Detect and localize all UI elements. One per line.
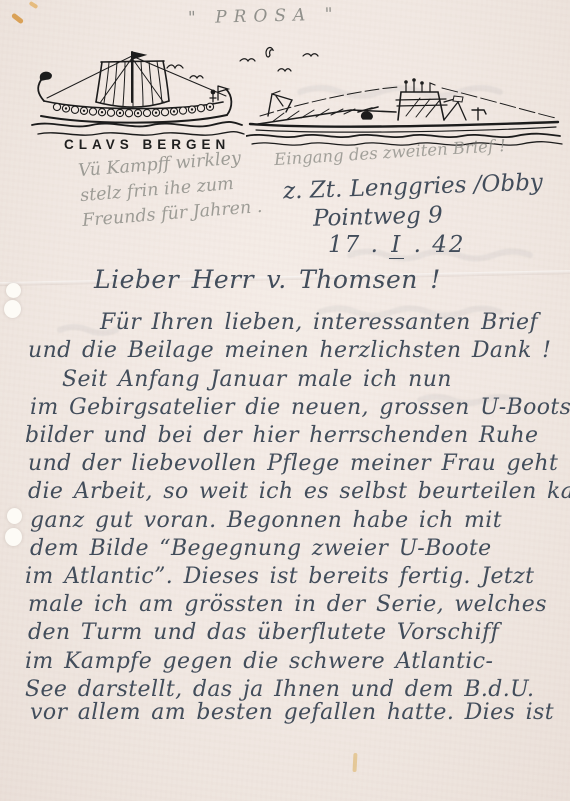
body-line: bilder und bei der hier herrschenden Ruh… bbox=[25, 423, 538, 448]
body-line: See darstellt, das ja Ihnen und dem B.d.… bbox=[25, 677, 534, 702]
pencil-title: " PROSA " bbox=[188, 4, 368, 29]
body-line: und die Beilage meinen herzlichsten Dank… bbox=[28, 338, 551, 363]
punch-hole bbox=[4, 300, 21, 318]
date-day: 17 . bbox=[328, 232, 380, 258]
body-line: male ich am grössten in der Serie, welch… bbox=[28, 592, 547, 617]
body-line: im Atlantic”. Dieses ist bereits fertig.… bbox=[25, 564, 534, 589]
date-year: . 42 bbox=[414, 232, 466, 258]
scanned-letter-page: " PROSA " bbox=[0, 0, 570, 801]
date-month-roman: I bbox=[389, 232, 404, 259]
body-line: vor allem am besten gefallen hatte. Dies… bbox=[30, 700, 554, 725]
salutation: Lieber Herr v. Thomsen ! bbox=[94, 265, 441, 294]
body-line: und der liebevollen Pflege meiner Frau g… bbox=[28, 451, 558, 476]
punch-hole bbox=[7, 508, 22, 524]
address-line-2: Pointweg 9 bbox=[313, 202, 443, 231]
body-line: Für Ihren lieben, interessanten Brief bbox=[100, 310, 538, 335]
date-line: 17 . I . 42 bbox=[328, 232, 466, 258]
body-line: im Gebirgsatelier die neuen, grossen U-B… bbox=[30, 395, 570, 420]
punch-hole bbox=[5, 528, 22, 546]
pencil-note-left: Vü Kampff wirkley stelz frin ihe zum Fre… bbox=[77, 145, 263, 234]
body-line: dem Bilde “Begegnung zweier U-Boote bbox=[30, 536, 492, 561]
body-line: Seit Anfang Januar male ich nun bbox=[62, 367, 452, 392]
body-line: im Kampfe gegen die schwere Atlantic- bbox=[25, 649, 493, 674]
foxing-spot bbox=[11, 13, 24, 25]
body-line: ganz gut voran. Begonnen habe ich mit bbox=[30, 508, 502, 533]
foxing-spot bbox=[29, 1, 39, 9]
address-line-1: z. Zt. Lenggries /Obby bbox=[283, 169, 544, 204]
foxing-spot bbox=[353, 753, 358, 772]
punch-hole bbox=[6, 283, 21, 298]
body-line: die Arbeit, so weit ich es selbst beurte… bbox=[28, 479, 570, 504]
body-line: den Turm und das überflutete Vorschiff bbox=[28, 620, 499, 645]
